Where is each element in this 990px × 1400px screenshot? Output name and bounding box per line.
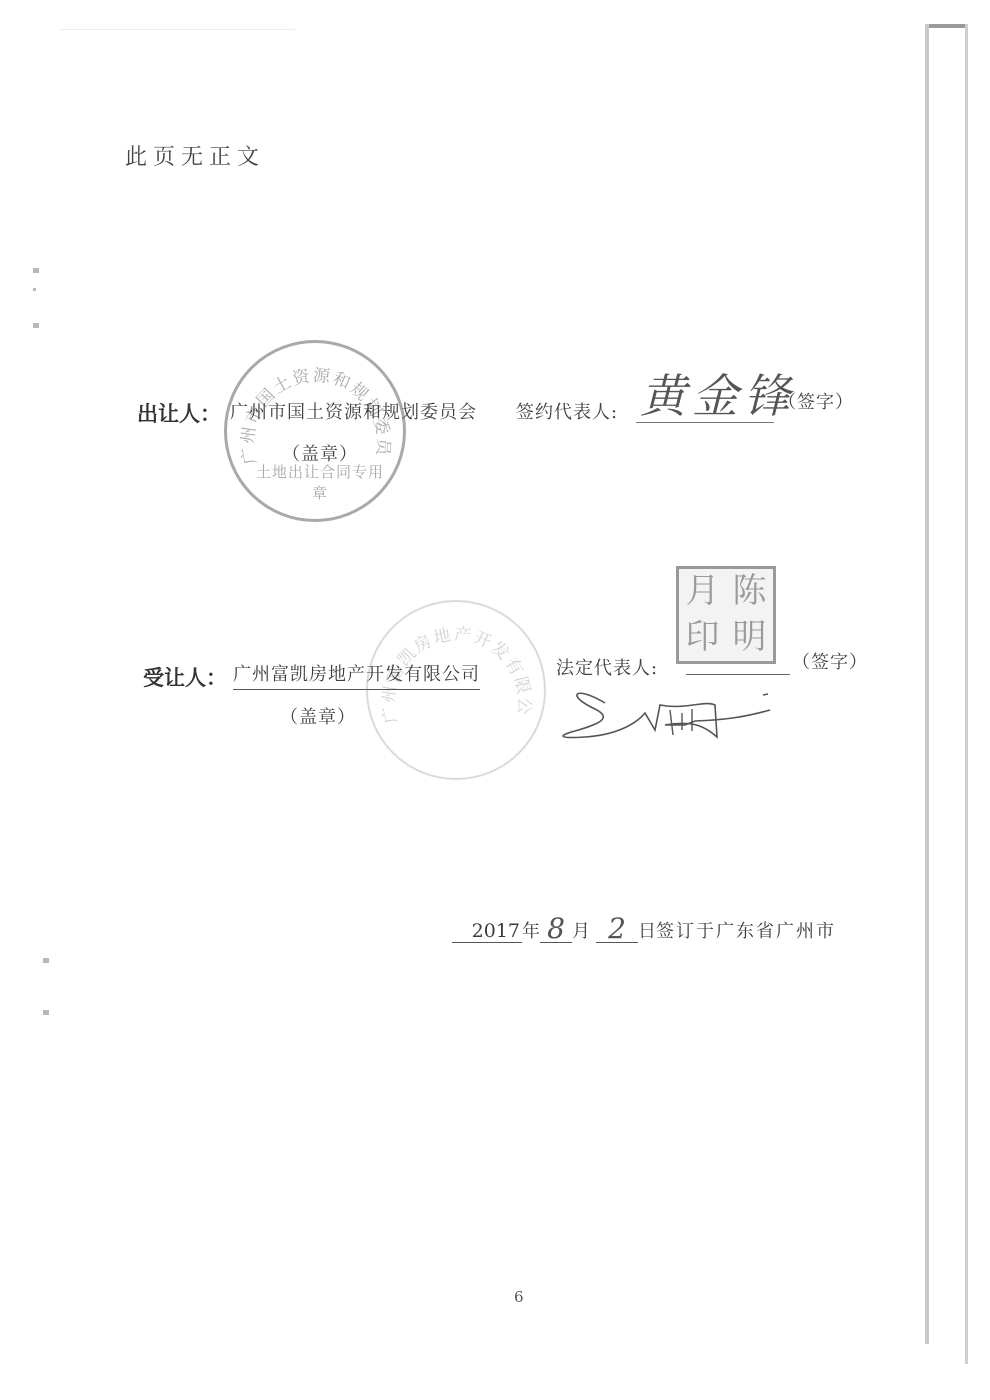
binding-frame-left [925,24,929,1344]
assignor-sign-note: （签字） [778,388,854,414]
binding-frame-top [925,24,967,28]
signing-year: 2017 [452,920,522,943]
assignee-seal-note: （盖章） [280,703,356,729]
seal-char: 陈 [726,569,773,615]
seal-arc-text: 广州富凯房地产开发有限公司 [368,602,544,778]
punch-mark [43,958,49,963]
signing-day: 2 [596,916,638,943]
punch-mark [33,323,39,328]
assignor-label: 出让人： [137,398,221,428]
seal-char: 月 [679,569,726,615]
assignee-rep-label: 法定代表人: [556,654,658,680]
binding-frame-right [965,24,968,1364]
seal-inner-text: 土地出让合同专用章 [255,461,385,503]
month-suffix: 月 [572,917,590,943]
assignee-official-seal: 广州富凯房地产开发有限公司 [366,600,546,780]
scan-rule [60,29,295,30]
signing-month: 8 [540,916,572,943]
day-suffix: 日 [638,917,656,943]
assignor-rep-label: 签约代表人: [516,398,618,424]
assignee-label: 受让人： [143,662,227,692]
punch-mark [43,1010,49,1015]
assignor-name: 广州市国土资源和规划委员会 [230,398,477,424]
year-suffix: 年 [522,917,540,943]
legal-rep-handwritten-signature [555,685,785,745]
page-number: 6 [514,1288,524,1306]
assignee-name: 广州富凯房地产开发有限公司 [233,660,480,690]
no-body-text-note: 此页无正文 [125,140,265,171]
assignor-official-seal: 广州市国土资源和规划委员会 土地出让合同专用章 [224,340,406,522]
legal-rep-personal-seal: 月 陈 印 明 [676,566,776,664]
seal-char: 印 [679,615,726,661]
seal-char: 明 [726,615,773,661]
assignor-seal-note: （盖章） [282,440,358,466]
assignee-signature-line [686,674,790,675]
signing-date-place: 2017 年 8 月 2 日 签订于广东省广州市 [452,916,836,943]
punch-mark [33,268,39,273]
assignee-sign-note: （签字） [792,648,868,674]
punch-mark [33,288,36,291]
assignor-handwritten-signature: 黄金锋 [640,360,796,426]
signing-place: 签订于广东省广州市 [656,917,836,943]
